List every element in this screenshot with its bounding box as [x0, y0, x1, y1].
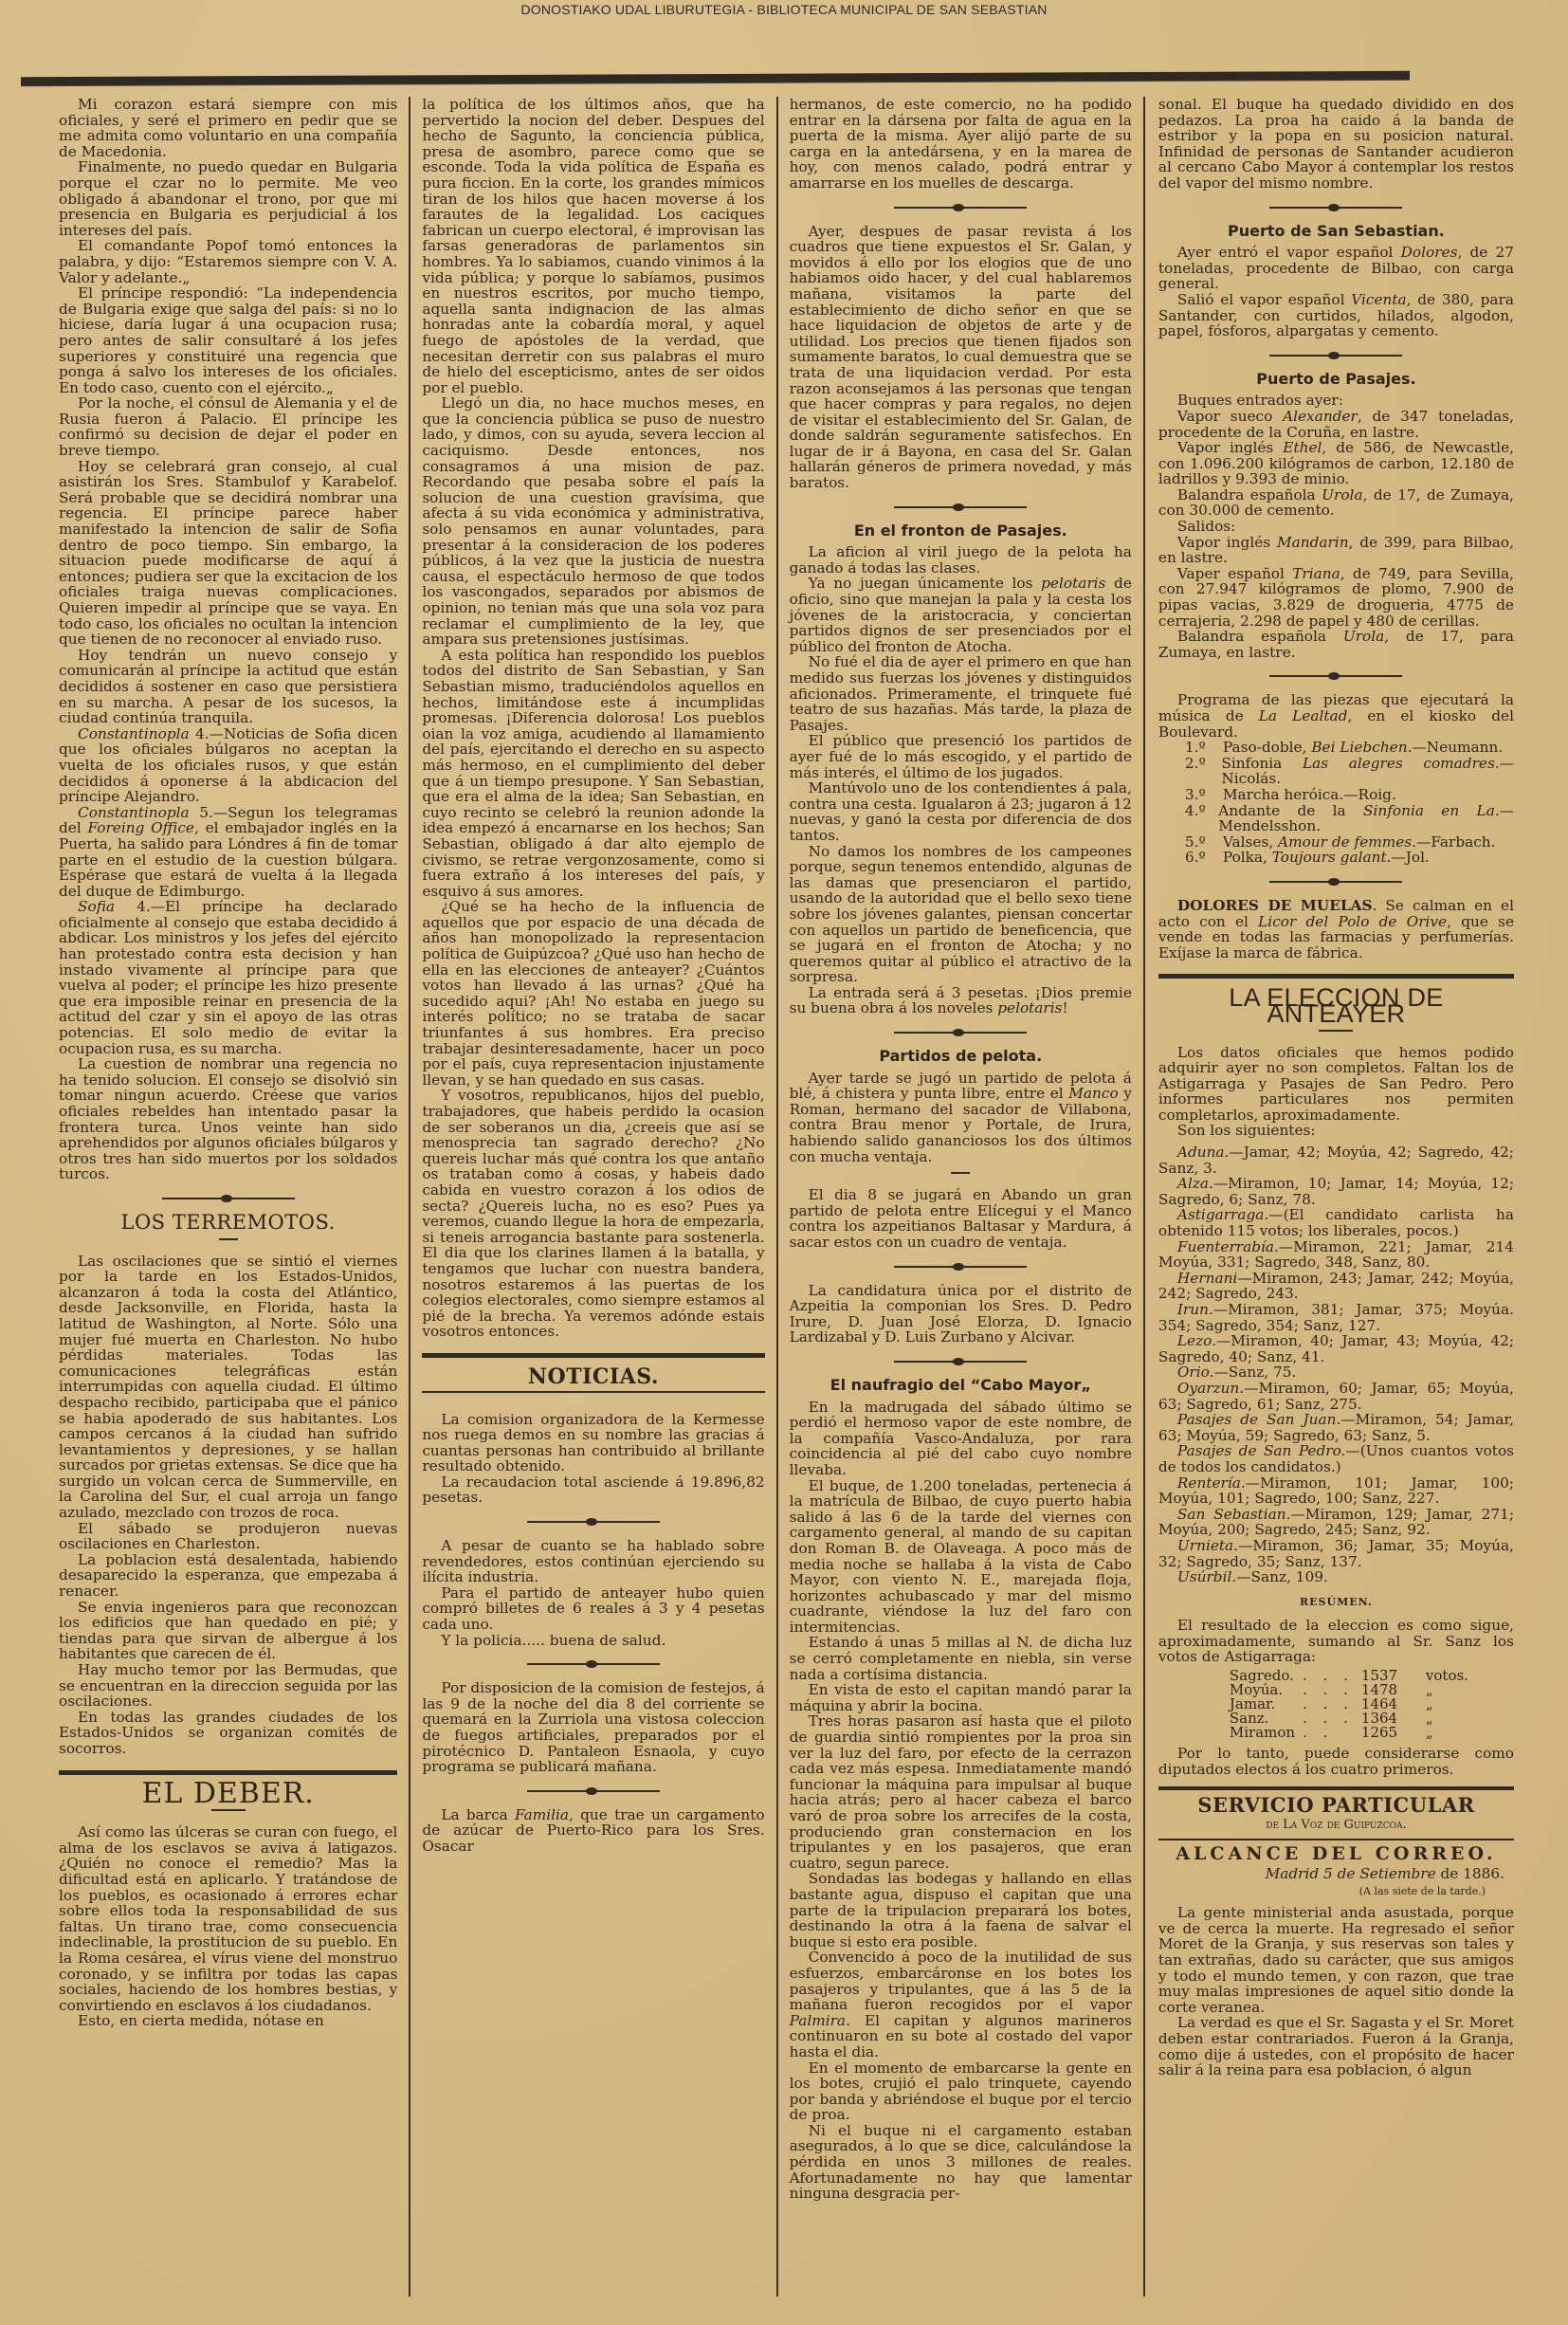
town-result: Orio.—Sanz, 75.	[1158, 1364, 1514, 1381]
programa-item: 3.ºMarcha heróica.—Roig.	[1185, 787, 1514, 803]
noticia-galan: Ayer, despues de pasar revista á los cua…	[790, 224, 1132, 491]
newspaper-page: Mi corazon estará siempre con mis oficia…	[59, 97, 1523, 2297]
naufragio-paragraph: El buque, de 1.200 toneladas, pertenecia…	[790, 1478, 1132, 1636]
resumen-label: RESÚMEN.	[1158, 1595, 1514, 1611]
bulgaria-closing: La cuestion de nombrar una regencia no h…	[59, 1056, 397, 1182]
dispatch-place: Constantinopla	[78, 725, 190, 742]
servicio-subtitle: de La Voz de Guipúzcoa.	[1158, 1818, 1514, 1834]
ship-entry: Vapor sueco Alexander, de 347 toneladas,…	[1158, 409, 1514, 440]
title-dash	[219, 1238, 238, 1240]
town-result: Alza.—Miramon, 10; Jamar, 14; Moyúa, 12;…	[1158, 1176, 1514, 1207]
time-note: (A las siete de la tarde.)	[1158, 1884, 1486, 1900]
town-result: Irun.—Miramon, 381; Jamar, 375; Moyúa. 3…	[1158, 1302, 1514, 1333]
bulgaria-paragraph: Finalmente, no puedo quedar en Bulgaria …	[59, 159, 397, 238]
ornamental-divider	[894, 501, 1027, 514]
ornamental-divider	[527, 1657, 660, 1671]
deber-paragraph: Y vosotros, republicanos, hijos del pueb…	[422, 1088, 764, 1340]
section-title-eleccion: LA ELECCION DE ANTEAYER	[1158, 990, 1514, 1021]
bulgaria-paragraph: Por la noche, el cónsul de Alemania y el…	[59, 395, 397, 458]
terremotos-paragraph: Las oscilaciones que se sintió el vierne…	[59, 1254, 397, 1521]
section-title-noticias: NOTICIAS.	[422, 1369, 764, 1385]
deber-paragraph: Así como las úlceras se curan con fuego,…	[59, 1824, 397, 2013]
programa-intro: Programa de las piezas que ejecutará la …	[1158, 692, 1514, 740]
ornamental-divider	[1269, 669, 1402, 683]
puerto-ss-entry: Salió el vapor español Vicenta, de 380, …	[1158, 292, 1514, 339]
programa-item: 4.ºAndante de la Sinfonia en La.—Mendels…	[1185, 803, 1514, 834]
section-title-puerto-pasajes: Puerto de Pasajes.	[1158, 372, 1514, 388]
deber-paragraph: Llegó un dia, no hace muchos meses, en q…	[422, 395, 764, 648]
noticia-barca-familia: La barca Familia, que trae un cargamento…	[422, 1807, 764, 1855]
section-rule	[422, 1353, 764, 1358]
puerto-ss-entry: Ayer entró el vapor español Dolores, de …	[1158, 245, 1514, 292]
masthead-rule	[21, 71, 1410, 85]
section-title-fronton: En el fronton de Pasajes.	[790, 523, 1132, 540]
section-title-alcance: ALCANCE DEL CORREO.	[1158, 1846, 1514, 1862]
candidatura-azpeitia: La candidatura única por el distrito de …	[790, 1283, 1132, 1346]
town-result: Lezo.—Miramon, 40; Jamar, 43; Moyúa, 42;…	[1158, 1333, 1514, 1364]
ornamental-divider	[1269, 201, 1402, 214]
ship-departure: Vaper español Triana, de 749, para Sevil…	[1158, 566, 1514, 629]
town-result: Urnieta.—Miramon, 36; Jamar, 35; Moyúa, …	[1158, 1538, 1514, 1569]
bulgaria-paragraph: Hoy se celebrará gran consejo, al cual a…	[59, 459, 397, 648]
bulgaria-paragraph: Hoy tendrán un nuevo consejo y comunicar…	[59, 648, 397, 726]
advert-dolores-muelas: DOLORES DE MUELAS. Se calman en el acto …	[1158, 898, 1514, 961]
ship-departure: Vapor inglés Mandarin, de 399, para Bilb…	[1158, 535, 1514, 566]
column-3: hermanos, de este comercio, no ha podido…	[776, 97, 1143, 2297]
town-result: Hernani—Miramon, 243; Jamar, 242; Moyúa,…	[1158, 1271, 1514, 1302]
section-rule	[1158, 974, 1514, 979]
naufragio-paragraph: Tres horas pasaron así hasta que el pilo…	[790, 1713, 1132, 1871]
partidos-paragraph: Ayer tarde se jugó un partido de pelota …	[790, 1071, 1132, 1165]
title-rule	[422, 1391, 764, 1393]
ornamental-divider	[1269, 349, 1402, 362]
ship-entry: Balandra española Urola, de 17, de Zumay…	[1158, 487, 1514, 519]
entrados-label: Buques entrados ayer:	[1158, 393, 1514, 409]
ornamental-divider	[894, 1355, 1027, 1368]
dispatch-sofia-4: Sofia 4.—El príncipe ha declarado oficia…	[59, 899, 397, 1056]
terremotos-paragraph: En todas las grandes ciudades de los Est…	[59, 1710, 397, 1757]
dispatch-place: Sofia	[78, 898, 115, 915]
dispatch-constantinopla-4: Constantinopla 4.—Noticias de Sofia dice…	[59, 726, 397, 805]
noticia-revendedores: Y la policia..... buena de salud.	[422, 1633, 764, 1649]
ornamental-divider	[162, 1192, 295, 1205]
town-result: Pasajes de San Pedro.—(Unos cuantos voto…	[1158, 1443, 1514, 1474]
programa-item: 5.ºValses, Amour de femmes.—Farbach.	[1185, 834, 1514, 851]
noticia-kermesse: La comision organizadora de la Kermesse …	[422, 1412, 764, 1474]
archive-banner: DONOSTIAKO UDAL LIBURUTEGIA - BIBLIOTECA…	[0, 2, 1568, 17]
terremotos-paragraph: El sábado se produjeron nuevas oscilacio…	[59, 1521, 397, 1552]
section-title-puerto-ss: Puerto de San Sebastian.	[1158, 224, 1514, 240]
fronton-paragraph: No fué el dia de ayer el primero en que …	[790, 654, 1132, 733]
deber-continued: la política de los últimos años, que ha …	[422, 97, 764, 395]
bulgaria-paragraph: El comandante Popof tomó entonces la pal…	[59, 238, 397, 285]
resumen-intro: El resultado de la eleccion es como sigu…	[1158, 1618, 1514, 1665]
noticia-kermesse-total: La recaudacion total asciende á 19.896,8…	[422, 1474, 764, 1506]
naufragio-continued: sonal. El buque ha quedado dividido en d…	[1158, 97, 1514, 192]
fronton-paragraph: El público que presenció los partidos de…	[790, 733, 1132, 780]
ornamental-divider	[527, 1515, 660, 1529]
terremotos-paragraph: Se envia ingenieros para que reconozcan …	[59, 1600, 397, 1662]
programa-list: 1.ºPaso-doble, Bei Liebchen.—Neumann. 2.…	[1158, 740, 1514, 866]
vote-total-row: Miramon. .1265„	[1230, 1726, 1476, 1740]
terremotos-paragraph: Hay mucho temor por las Bermudas, que se…	[59, 1662, 397, 1710]
town-result: Usúrbil.—Sanz, 109.	[1158, 1569, 1514, 1585]
noticia-fuegos: Por disposicion de la comision de festej…	[422, 1680, 764, 1775]
programa-item: 1.ºPaso-doble, Bei Liebchen.—Neumann.	[1185, 740, 1514, 756]
column-2: la política de los últimos años, que ha …	[409, 97, 775, 2297]
programa-item: 6.ºPolka, Toujours galant.—Jol.	[1185, 850, 1514, 866]
dispatch-place: Constantinopla	[78, 804, 190, 821]
naufragio-paragraph: En el momento de embarcarse la gente en …	[790, 2060, 1132, 2123]
column-1: Mi corazon estará siempre con mis oficia…	[59, 97, 409, 2297]
dispatch-constantinopla-5: Constantinopla 5.—Segun los telegramas d…	[59, 805, 397, 900]
naufragio-paragraph: En la madrugada del sábado último se per…	[790, 1400, 1132, 1478]
deber-paragraph: Esto, en cierta medida, nótase en	[59, 2013, 397, 2029]
fronton-paragraph: Mantúvolo uno de los contendientes á pal…	[790, 780, 1132, 843]
ship-entry: Vapor inglés Ethel, de 586, de Newcastle…	[1158, 440, 1514, 487]
alcance-paragraph: La gente ministerial anda asustada, porq…	[1158, 1905, 1514, 2015]
town-result: Pasajes de San Juan.—Miramon, 54; Jamar,…	[1158, 1412, 1514, 1443]
ornamental-divider	[894, 1260, 1027, 1273]
naufragio-paragraph: Sondadas las bodegas y hallando en ellas…	[790, 1871, 1132, 1950]
noticia-revendedores: Para el partido de anteayer hubo quien c…	[422, 1585, 764, 1633]
terremotos-paragraph: La poblacion está desalentada, habiendo …	[59, 1552, 397, 1600]
ornamental-divider	[527, 1785, 660, 1798]
section-title-servicio: SERVICIO PARTICULAR	[1158, 1798, 1514, 1814]
title-rule	[1158, 1839, 1514, 1840]
ship-departure: Balandra española Urola, de 17, para Zum…	[1158, 629, 1514, 660]
section-title-el-deber: EL DEBER.	[59, 1786, 397, 1803]
bulgaria-paragraph: El príncipe respondió: “La independencia…	[59, 285, 397, 395]
title-dash	[1319, 1030, 1353, 1032]
advert-headline: DOLORES DE MUELAS	[1177, 897, 1373, 914]
town-result: Oyarzun.—Miramon, 60; Jamar, 65; Moyúa, …	[1158, 1381, 1514, 1412]
eleccion-conclusion: Por lo tanto, puede considerarse como di…	[1158, 1746, 1514, 1777]
town-result: Aduna.—Jamar, 42; Moyúa, 42; Sagredo, 42…	[1158, 1144, 1514, 1176]
town-result: Fuenterrabía.—Miramon, 221; Jamar, 214 M…	[1158, 1239, 1514, 1271]
ornamental-divider	[894, 1026, 1027, 1039]
alcance-paragraph: La verdad es que el Sr. Sagasta y el Sr.…	[1158, 2015, 1514, 2078]
fronton-paragraph: La entrada será á 3 pesetas. ¡Dios premi…	[790, 985, 1132, 1016]
vote-totals-table: Sagredo.. . .1537votos. Moyúa.. . .1478„…	[1230, 1669, 1476, 1740]
town-result: Rentería.—Miramon, 101; Jamar, 100; Moyú…	[1158, 1475, 1514, 1507]
column-4: sonal. El buque ha quedado dividido en d…	[1143, 97, 1523, 2297]
fronton-paragraph: La aficion al viril juego de la pelota h…	[790, 544, 1132, 576]
section-title-terremotos: LOS TERREMOTOS.	[59, 1215, 397, 1231]
naufragio-paragraph: Convencido á poco de la inutilidad de su…	[790, 1950, 1132, 2060]
ornamental-divider	[894, 201, 1027, 214]
section-title-naufragio: El naufragio del “Cabo Mayor„	[790, 1378, 1132, 1394]
barca-continued: hermanos, de este comercio, no ha podido…	[790, 97, 1132, 192]
fronton-paragraph: Ya no juegan únicamente los pelotaris de…	[790, 576, 1132, 654]
eleccion-list-label: Son los siguientes:	[1158, 1123, 1514, 1139]
short-dash	[951, 1172, 970, 1174]
ornamental-divider	[1269, 875, 1402, 888]
naufragio-paragraph: Ni el buque ni el cargamento estaban ase…	[790, 2123, 1132, 2202]
section-rule	[1158, 1786, 1514, 1790]
section-rule	[59, 1770, 397, 1775]
deber-paragraph: A esta política han respondido los puebl…	[422, 648, 764, 900]
section-title-partidos: Partidos de pelota.	[790, 1049, 1132, 1065]
town-result: Astigarraga.—(El candidato carlista ha o…	[1158, 1207, 1514, 1238]
programa-item: 2.ºSinfonia Las alegres comadres.—Nicolá…	[1185, 756, 1514, 787]
fronton-paragraph: No damos los nombres de los campeones po…	[790, 844, 1132, 985]
dateline: Madrid 5 de Setiembre de 1886.	[1158, 1866, 1504, 1882]
naufragio-paragraph: Estando á unas 5 millas al N. de dicha l…	[790, 1635, 1132, 1682]
deber-paragraph: ¿Qué se ha hecho de la influencia de aqu…	[422, 899, 764, 1088]
partidos-paragraph: El dia 8 se jugará en Abando un gran par…	[790, 1187, 1132, 1250]
bulgaria-paragraph: Mi corazon estará siempre con mis oficia…	[59, 97, 397, 159]
noticia-revendedores: A pesar de cuanto se ha hablado sobre re…	[422, 1538, 764, 1585]
eleccion-intro: Los datos oficiales que hemos podido adq…	[1158, 1045, 1514, 1124]
town-result: San Sebastian.—Miramon, 129; Jamar, 271;…	[1158, 1507, 1514, 1538]
salidos-label: Salidos:	[1158, 519, 1514, 535]
naufragio-paragraph: En vista de esto el capitan mandó parar …	[790, 1682, 1132, 1713]
